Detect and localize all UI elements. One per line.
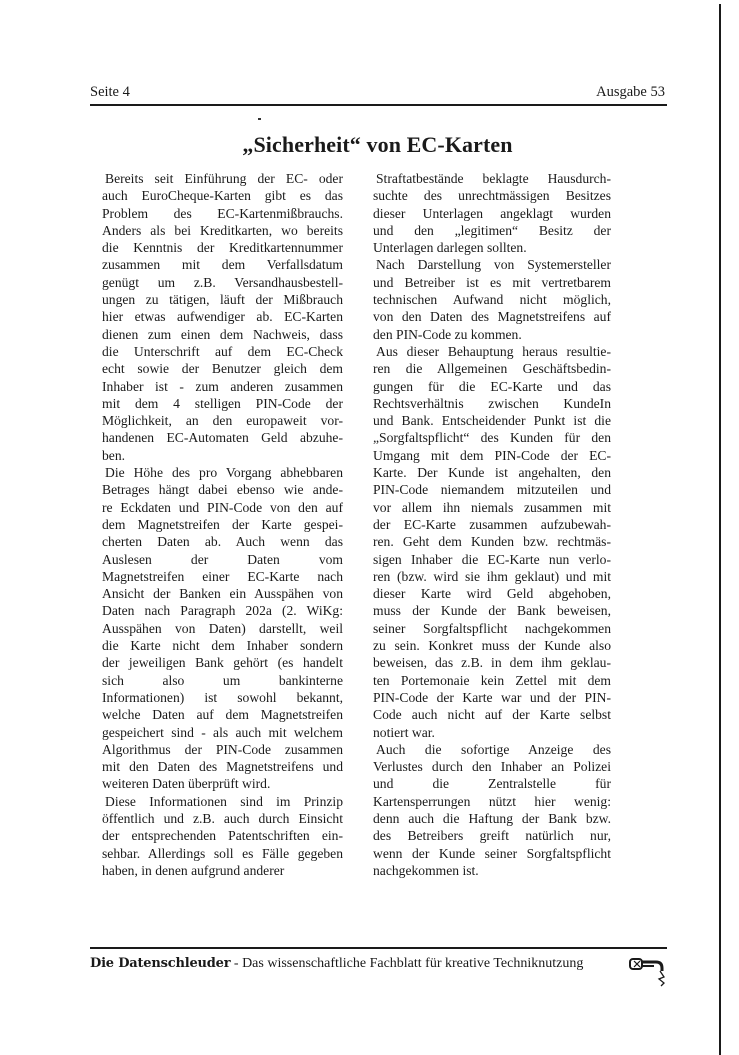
text-line: technischen Aufwand nicht möglich, (369, 291, 611, 308)
article-paragraph: Aus dieser Behauptung heraus resultie-re… (369, 343, 611, 741)
text-line: sehbar. Allerdings soll es Fälle gegeben (98, 845, 343, 862)
text-line: Verlustes durch den Inhaber an Polizei (369, 758, 611, 775)
text-line: von den Daten des Magnetstreifens auf (369, 308, 611, 325)
text-line: der EC-Karte zusammen aufzubewah- (369, 516, 611, 533)
page-header: Seite 4 Ausgabe 53 (90, 84, 665, 104)
article-paragraph: Straftatbestände beklagte Hausdurch-such… (369, 170, 611, 256)
text-line: suchte des unrechtmässigen Besitzes (369, 187, 611, 204)
text-line: Daten nach Paragraph 202a (2. WiKg: (98, 602, 343, 619)
text-line: seiner Sorgfaltspflicht nachgekommen (369, 620, 611, 637)
text-line: Auch die sofortige Anzeige des (369, 741, 611, 758)
text-line: nachgekommen ist. (369, 862, 611, 879)
text-line: dieser Karte wird Geld abgehoben, (369, 585, 611, 602)
text-line: sich also um bankinterne (98, 672, 343, 689)
article-column-left: Bereits seit Einführung der EC- oderauch… (98, 170, 343, 879)
text-line: Anders als bei Kreditkarten, wo bereits (98, 222, 343, 239)
text-line: Möglichkeit, an den europaweit vor- (98, 412, 343, 429)
text-line: auch EuroCheque-Karten gibt es das (98, 187, 343, 204)
text-line: welche Daten auf dem Magnetstreifen (98, 706, 343, 723)
text-line: Code auch nicht auf der Karte selbst (369, 706, 611, 723)
page-footer: Die Datenschleuder - Das wissenschaftlic… (90, 956, 665, 972)
footer-divider (90, 947, 667, 949)
text-line: echt sowie der Benutzer gleich dem (98, 360, 343, 377)
text-line: wenn der Kunde seiner Sorgfaltspflicht (369, 845, 611, 862)
text-line: ren die Allgemeinen Geschäftsbedin- (369, 360, 611, 377)
page-number: Seite 4 (90, 84, 130, 101)
text-line: öffentlich und z.B. auch durch Einsicht (98, 810, 343, 827)
cable-plug-icon (628, 955, 670, 985)
page-edge-line (719, 4, 721, 1055)
text-line: Umgang mit dem PIN-Code der EC- (369, 447, 611, 464)
text-line: „Sorgfaltspflicht“ des Kunden für den (369, 429, 611, 446)
text-line: Karte. Der Kunde ist angehalten, den (369, 464, 611, 481)
text-line: Inhaber ist - zum anderen zusammen (98, 378, 343, 395)
text-line: Problem des EC-Kartenmißbrauchs. (98, 205, 343, 222)
text-line: Auslesen der Daten vom (98, 551, 343, 568)
text-line: Aus dieser Behauptung heraus resultie- (369, 343, 611, 360)
text-line: mit den Daten des Magnetstreifens und (98, 758, 343, 775)
text-line: genügt um z.B. Versandhausbestell- (98, 274, 343, 291)
text-line: denn auch die Haftung der Bank bzw. (369, 810, 611, 827)
text-line: und den „legitimen“ Besitz der (369, 222, 611, 239)
print-artifact (258, 118, 261, 120)
text-line: Rechtsverhältnis zwischen KundeIn (369, 395, 611, 412)
text-line: Straftatbestände beklagte Hausdurch- (369, 170, 611, 187)
issue-number: Ausgabe 53 (596, 84, 665, 101)
header-divider (90, 104, 667, 106)
article-title: „Sicherheit“ von EC-Karten (90, 132, 665, 158)
magazine-tagline: Das wissenschaftliche Fachblatt für krea… (242, 956, 583, 971)
text-line: dienen zum einen dem Nachweis, dass (98, 326, 343, 343)
text-line: ungen zu tätigen, läuft der Mißbrauch (98, 291, 343, 308)
text-line: zu sein. Konkret muss der Kunde also (369, 637, 611, 654)
article-paragraph: Auch die sofortige Anzeige desVerlustes … (369, 741, 611, 879)
text-line: Nach Darstellung von Systemersteller (369, 256, 611, 273)
article-paragraph: Diese Informationen sind im Prinzipöffen… (98, 793, 343, 879)
text-line: haben, in denen aufgrund anderer (98, 862, 343, 879)
footer-separator: - (230, 956, 242, 971)
text-line: notiert war. (369, 724, 611, 741)
text-line: ten Portemonaie kein Zettel mit dem (369, 672, 611, 689)
text-line: PIN-Code niemandem mitzuteilen und (369, 481, 611, 498)
text-line: Informationen) ist sowohl bekannt, (98, 689, 343, 706)
text-line: beweisen, das z.B. in dem ihm geklau- (369, 654, 611, 671)
article-paragraph: Bereits seit Einführung der EC- oderauch… (98, 170, 343, 464)
magazine-name: Die Datenschleuder (90, 956, 230, 971)
text-line: cherten Daten ab. Auch wenn das (98, 533, 343, 550)
text-line: dem Magnetstreifen der Karte gespei- (98, 516, 343, 533)
text-line: Ausspähen von Daten) darstellt, weil (98, 620, 343, 637)
text-line: Magnetstreifen einer EC-Karte nach (98, 568, 343, 585)
text-line: die Unterschrift auf dem EC-Check (98, 343, 343, 360)
text-line: ren. Geht dem Kunden bzw. rechtmäs- (369, 533, 611, 550)
text-line: Unterlagen darlegen sollten. (369, 239, 611, 256)
text-line: und Betreiber ist es mit vertretbarem (369, 274, 611, 291)
text-line: weiteren Daten überprüft wird. (98, 775, 343, 792)
article-paragraph: Die Höhe des pro Vorgang abhebbarenBetra… (98, 464, 343, 793)
text-line: gespeichert sind - als auch mit welchem (98, 724, 343, 741)
text-line: vor allem ihn niemals zusammen mit (369, 499, 611, 516)
text-line: der jeweiligen Bank gehört (es handelt (98, 654, 343, 671)
text-line: ben. (98, 447, 343, 464)
text-line: hier etwas aufwendiger ab. EC-Karten (98, 308, 343, 325)
text-line: Ansicht der Banken ein Ausspähen von (98, 585, 343, 602)
text-line: zusammen mit dem Verfallsdatum (98, 256, 343, 273)
text-line: gungen für die EC-Karte und das (369, 378, 611, 395)
text-line: Diese Informationen sind im Prinzip (98, 793, 343, 810)
text-line: der entsprechenden Patentschriften ein- (98, 827, 343, 844)
text-line: mit dem 4 stelligen PIN-Code der (98, 395, 343, 412)
text-line: des Betreibers greift natürlich nur, (369, 827, 611, 844)
text-line: handenen EC-Automaten Geld abzuhe- (98, 429, 343, 446)
text-line: die Karte nicht dem Inhaber sondern (98, 637, 343, 654)
text-line: Bereits seit Einführung der EC- oder (98, 170, 343, 187)
text-line: dieser Unterlagen angeklagt wurden (369, 205, 611, 222)
text-line: den PIN-Code zu kommen. (369, 326, 611, 343)
text-line: PIN-Code der Karte war und der PIN- (369, 689, 611, 706)
text-line: sigen Inhaber die EC-Karte nun verlo- (369, 551, 611, 568)
text-line: Algorithmus der PIN-Code zusammen (98, 741, 343, 758)
text-line: re Eckdaten und PIN-Code von den auf (98, 499, 343, 516)
text-line: die Kenntnis der Kreditkartennummer (98, 239, 343, 256)
article-paragraph: Nach Darstellung von Systemerstellerund … (369, 256, 611, 342)
text-line: Die Höhe des pro Vorgang abhebbaren (98, 464, 343, 481)
text-line: muss der Kunde der Bank beweisen, (369, 602, 611, 619)
text-line: ren (bzw. wird sie ihm geklaut) und mit (369, 568, 611, 585)
text-line: und die Zentralstelle für (369, 775, 611, 792)
article-column-right: Straftatbestände beklagte Hausdurch-such… (369, 170, 611, 879)
text-line: Kartensperrungen nützt hier wenig: (369, 793, 611, 810)
text-line: Betrages hängt dabei ebenso wie ande- (98, 481, 343, 498)
text-line: und Bank. Entscheidender Punkt ist die (369, 412, 611, 429)
